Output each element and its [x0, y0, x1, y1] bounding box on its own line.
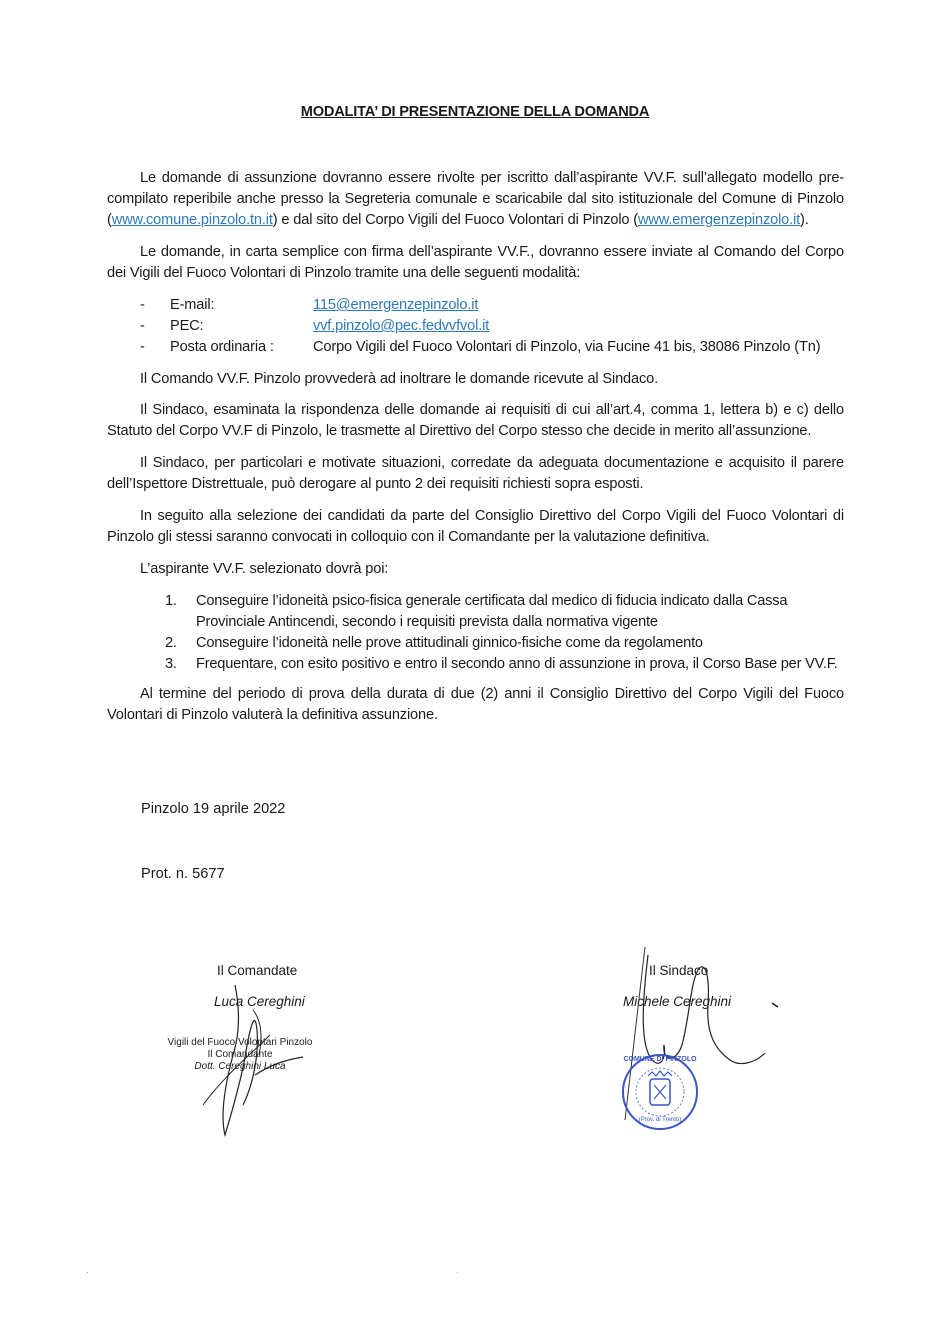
paragraph-text: Le domande, in carta semplice con firma … — [107, 244, 844, 281]
paragraph-forwarding: Il Comando VV.F. Pinzolo provvederà ad i… — [107, 369, 844, 390]
list-bullet: - — [140, 295, 170, 316]
contact-label: E-mail: — [170, 295, 313, 316]
list-bullet: - — [140, 316, 170, 337]
scan-artifact: · — [456, 1268, 459, 1277]
item-number: 1. — [165, 591, 177, 612]
paragraph-text: Il Sindaco, esaminata la rispondenza del… — [107, 402, 844, 439]
paragraph-probation: Al termine del periodo di prova della du… — [107, 684, 844, 726]
pec-link[interactable]: vvf.pinzolo@pec.fedvvfvol.it — [313, 318, 489, 334]
paragraph-text: In seguito alla selezione dei candidati … — [107, 508, 844, 545]
paragraph-submission: Le domande, in carta semplice con firma … — [107, 242, 844, 284]
paragraph-requirements-intro: L’aspirante VV.F. selezionato dovrà poi: — [107, 559, 844, 580]
requirements-list: 1.Conseguire l’idoneità psico-fisica gen… — [165, 591, 845, 675]
place-date: Pinzolo 19 aprile 2022 — [141, 799, 285, 820]
postal-address: Corpo Vigili del Fuoco Volontari di Pinz… — [313, 339, 820, 355]
paragraph-text: Il Sindaco, per particolari e motivate s… — [107, 455, 844, 492]
link-comune-pinzolo[interactable]: www.comune.pinzolo.tn.it — [112, 212, 273, 228]
item-text: Conseguire l’idoneità psico-fisica gener… — [196, 593, 787, 630]
contact-label: PEC: — [170, 316, 313, 337]
seal-text-top: COMUNE DI PINZOLO — [620, 1054, 700, 1066]
contact-item-email: -E-mail:115@emergenzepinzolo.it — [140, 295, 820, 316]
protocol-number: Prot. n. 5677 — [141, 864, 225, 885]
requirement-item: 1.Conseguire l’idoneità psico-fisica gen… — [165, 591, 845, 633]
paragraph-text: L’aspirante VV.F. selezionato dovrà poi: — [140, 561, 388, 577]
contact-item-post: -Posta ordinaria :Corpo Vigili del Fuoco… — [140, 337, 820, 358]
paragraph-text: ). — [800, 212, 809, 228]
paragraph-application-form: Le domande di assunzione dovranno essere… — [107, 168, 844, 231]
contact-item-pec: -PEC:vvf.pinzolo@pec.fedvvfvol.it — [140, 316, 820, 337]
requirement-item: 3.Frequentare, con esito positivo e entr… — [165, 654, 845, 675]
link-emergenze-pinzolo[interactable]: www.emergenzepinzolo.it — [638, 212, 800, 228]
paragraph-mayor-review: Il Sindaco, esaminata la rispondenza del… — [107, 400, 844, 442]
item-text: Conseguire l’idoneità nelle prove attitu… — [196, 635, 703, 651]
paragraph-derogation: Il Sindaco, per particolari e motivate s… — [107, 453, 844, 495]
email-link[interactable]: 115@emergenzepinzolo.it — [313, 297, 478, 313]
item-number: 2. — [165, 633, 177, 654]
item-number: 3. — [165, 654, 177, 675]
scan-artifact: · — [86, 1268, 89, 1277]
document-title: MODALITA’ DI PRESENTAZIONE DELLA DOMANDA — [0, 104, 950, 120]
paragraph-text: Il Comando VV.F. Pinzolo provvederà ad i… — [140, 371, 658, 387]
paragraph-selection: In seguito alla selezione dei candidati … — [107, 506, 844, 548]
contact-label: Posta ordinaria : — [170, 337, 313, 358]
item-text: Frequentare, con esito positivo e entro … — [196, 656, 838, 672]
contact-list: -E-mail:115@emergenzepinzolo.it -PEC:vvf… — [140, 295, 820, 358]
list-bullet: - — [140, 337, 170, 358]
paragraph-text: Al termine del periodo di prova della du… — [107, 686, 844, 723]
paragraph-text: ) e dal sito del Corpo Vigili del Fuoco … — [273, 212, 638, 228]
requirement-item: 2.Conseguire l’idoneità nelle prove atti… — [165, 633, 845, 654]
commander-signature-icon — [195, 975, 305, 1140]
seal-text-bottom: (Prov. di Trento) — [620, 1114, 700, 1126]
document-page: MODALITA’ DI PRESENTAZIONE DELLA DOMANDA… — [0, 0, 950, 1344]
